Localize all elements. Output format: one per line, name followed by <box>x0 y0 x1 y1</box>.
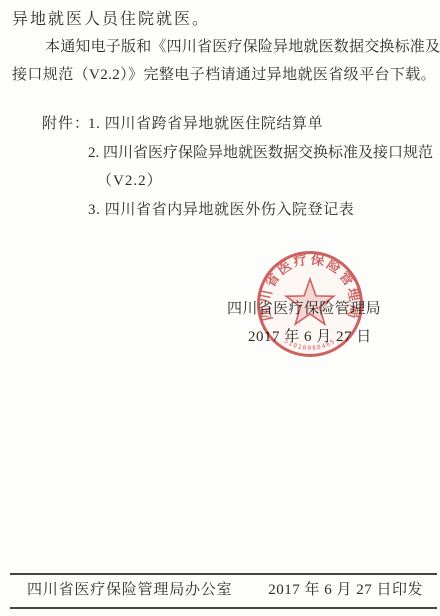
footer-top-rule <box>10 573 437 575</box>
attachments-label: 附件： <box>42 117 90 132</box>
body-text-line-2: 本通知电子版和《四川省医疗保险异地就医数据交换标准及 <box>45 40 440 55</box>
footer-issuing-office: 四川省医疗保险管理局办公室 <box>27 583 232 598</box>
footer-print-date: 2017 年 6 月 27 日印发 <box>268 583 423 598</box>
body-text-line-3: 接口规范（V2.2）》完整电子档请通过异地就医省级平台下载。 <box>12 68 436 83</box>
attachment-item-2-continuation: （V2.2） <box>97 174 163 189</box>
official-seal-stamp: 四川省医疗保险管理局 51010080465 <box>245 239 375 369</box>
body-text-line-1: 异地就医人员住院就医。 <box>12 12 210 28</box>
document-page: 异地就医人员住院就医。 本通知电子版和《四川省医疗保险异地就医数据交换标准及 接… <box>0 0 440 616</box>
attachment-item-1: 1. 四川省跨省异地就医住院结算单 <box>88 117 323 132</box>
attachment-item-3: 3. 四川省省内异地就医外伤入院登记表 <box>88 203 354 218</box>
footer-bottom-rule <box>10 607 437 609</box>
attachment-item-2: 2. 四川省医疗保险异地就医数据交换标准及接口规范 <box>88 146 433 161</box>
